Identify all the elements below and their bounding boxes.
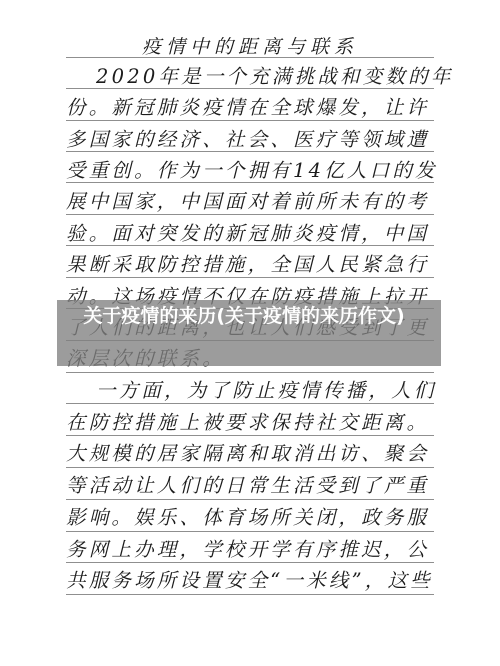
line-rule: [66, 435, 434, 436]
essay-line: 共服务场所设置安全“一米线”，这些: [66, 568, 436, 594]
line-rule: [66, 531, 434, 532]
essay-line: 一方面，为了防止疫情传播，人们: [66, 378, 436, 404]
line-rule: [66, 277, 434, 278]
line-rule: [66, 403, 434, 404]
line-rule: [66, 372, 434, 373]
essay-line: 验。面对突发的新冠肺炎疫情，中国: [66, 221, 436, 247]
line-rule: [66, 151, 434, 152]
line-rule: [66, 245, 434, 246]
essay-line: 在防控措施上被要求保持社交距离。: [66, 410, 436, 436]
essay-line: 影响。娱乐、体育场所关闭，政务服: [66, 505, 436, 531]
title-rule: [66, 57, 434, 58]
line-rule: [66, 562, 434, 563]
line-rule: [66, 88, 434, 89]
essay-line: 2020年是一个充满挑战和变数的年: [66, 64, 436, 90]
caption-overlay-text: 关于疫情的来历(关于疫情的来历作文): [68, 304, 420, 328]
essay-line: 受重创。作为一个拥有14亿人口的发: [66, 158, 436, 184]
essay-line: 多国家的经济、社会、医疗等领域遭: [66, 127, 436, 153]
line-rule: [66, 214, 434, 215]
line-rule: [66, 594, 434, 595]
line-rule: [66, 499, 434, 500]
line-rule: [66, 467, 434, 468]
essay-line: 等活动让人们的日常生活受到了严重: [66, 473, 436, 499]
line-rule: [66, 182, 434, 183]
essay-title: 疫情中的距离与联系: [66, 36, 434, 58]
essay-line: 份。新冠肺炎疫情在全球爆发，让许: [66, 95, 436, 121]
essay-line: 大规模的居家隔离和取消出访、聚会: [66, 441, 436, 467]
line-rule: [66, 120, 434, 121]
essay-line: 展中国家，中国面对着前所未有的考: [66, 189, 436, 215]
essay-line: 务网上办理，学校开学有序推迟，公: [66, 537, 436, 563]
essay-line: 果断采取防控措施，全国人民紧急行: [66, 252, 436, 278]
